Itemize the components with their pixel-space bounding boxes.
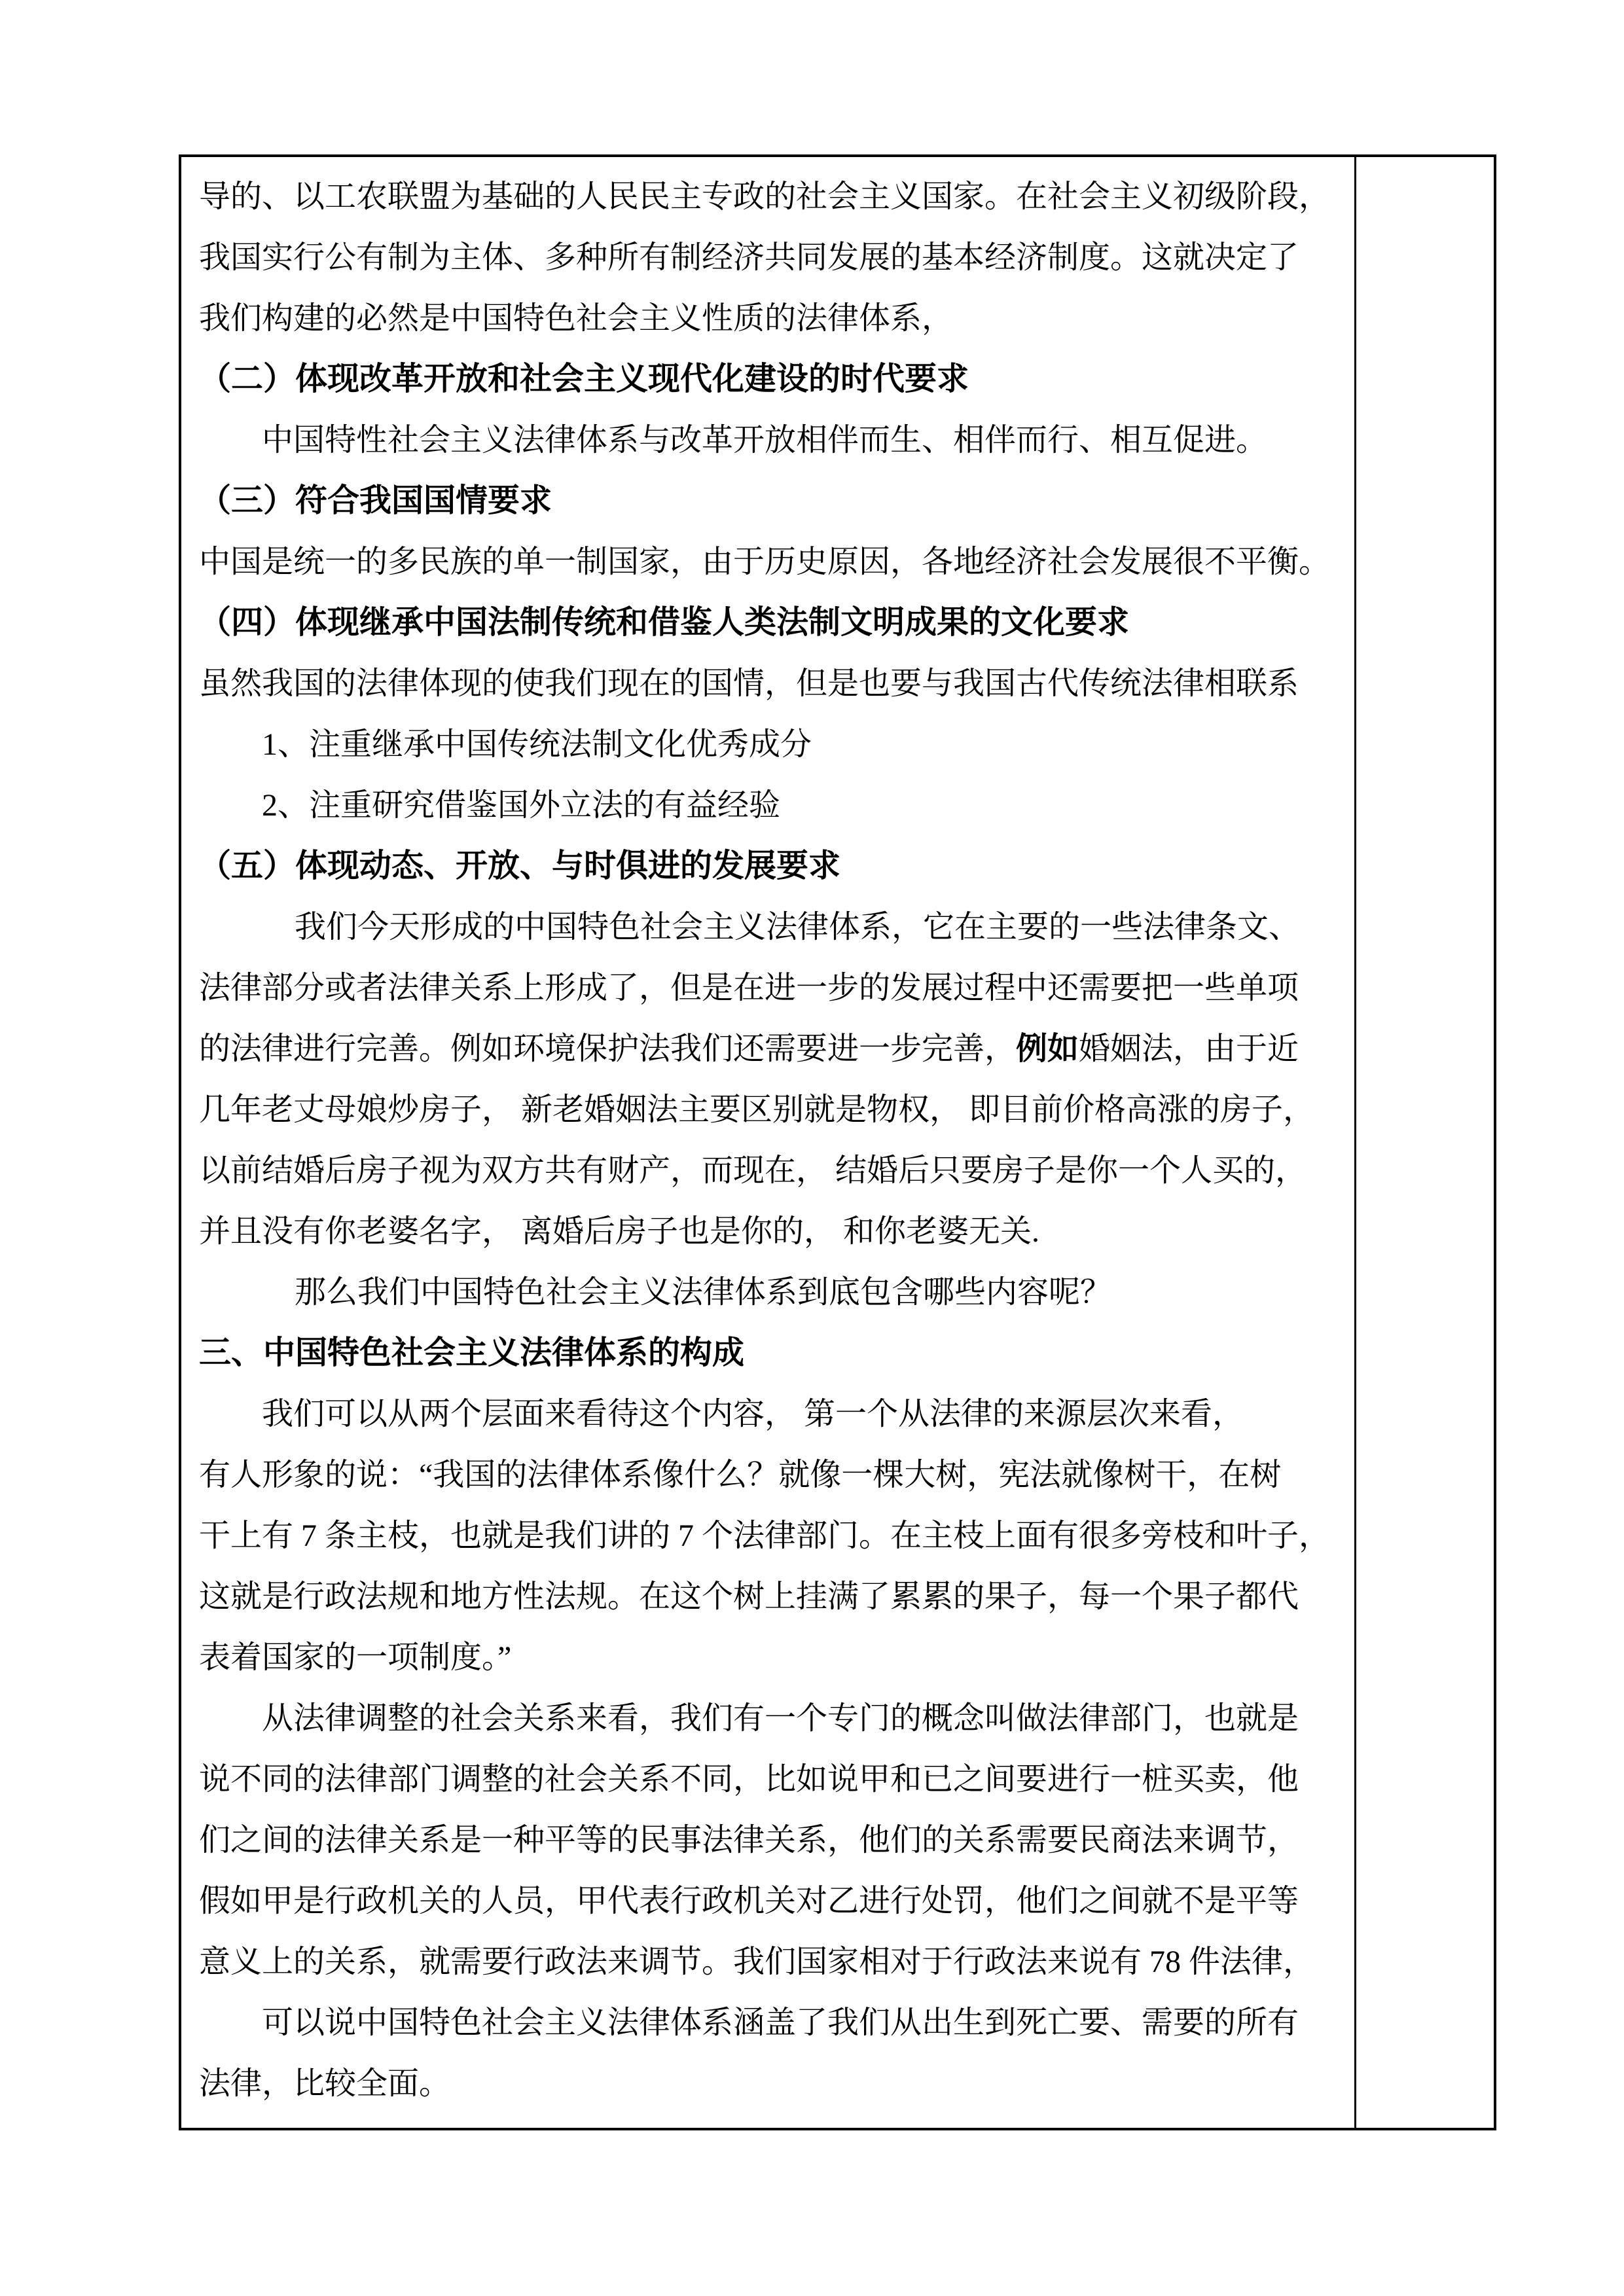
text-run: （五）体现动态、开放、与时俱进的发展要求 (199, 848, 840, 884)
text-line: 意义上的关系，就需要行政法来调节。我们国家相对于行政法来说有 78 件法律， (199, 1931, 1339, 1992)
text-run: （二）体现改革开放和社会主义现代化建设的时代要求 (199, 361, 969, 397)
text-run: 我们可以从两个层面来看待这个内容， 第一个从法律的来源层次来看， (262, 1397, 1244, 1431)
text-line: 几年老丈母娘炒房子， 新老婚姻法主要区别就是物权， 即目前价格高涨的房子， (199, 1079, 1339, 1140)
text-run: 几年老丈母娘炒房子， 新老婚姻法主要区别就是物权， 即目前价格高涨的房子， (199, 1092, 1314, 1127)
text-run: 那么我们中国特色社会主义法律体系到底包含哪些内容呢？ (295, 1275, 1111, 1310)
text-run: 2、注重研究借鉴国外立法的有益经验 (262, 788, 780, 823)
text-run: 有人形象的说：“我国的法律体系像什么？就像一棵大树，宪法就像树干，在树 (199, 1458, 1281, 1492)
text-run: 我们今天形成的中国特色社会主义法律体系，它在主要的一些法律条文、 (295, 910, 1300, 944)
text-run: 我国实行公有制为主体、多种所有制经济共同发展的基本经济制度。这就决定了 (199, 240, 1299, 275)
text-run: 说不同的法律部门调整的社会关系不同，比如说甲和已之间要进行一桩买卖，他 (199, 1762, 1299, 1797)
text-line: 我们今天形成的中国特色社会主义法律体系，它在主要的一些法律条文、 (199, 897, 1339, 958)
text-line: 法律部分或者法律关系上形成了，但是在进一步的发展过程中还需要把一些单项 (199, 958, 1339, 1018)
text-line: 们之间的法律关系是一种平等的民事法律关系，他们的关系需要民商法来调节， (199, 1810, 1339, 1871)
heading-line: （五）体现动态、开放、与时俱进的发展要求 (199, 836, 1339, 897)
text-line: 说不同的法律部门调整的社会关系不同，比如说甲和已之间要进行一桩买卖，他 (199, 1749, 1339, 1810)
text-run: 虽然我国的法律体现的使我们现在的国情，但是也要与我国古代传统法律相联系 (199, 666, 1299, 701)
text-line: 假如甲是行政机关的人员，甲代表行政机关对乙进行处罚，他们之间就不是平等 (199, 1871, 1339, 1931)
text-line: 那么我们中国特色社会主义法律体系到底包含哪些内容呢？ (199, 1262, 1339, 1323)
text-run: 这就是行政法规和地方性法规。在这个树上挂满了累累的果子，每一个果子都代 (199, 1579, 1299, 1614)
text-line: 这就是行政法规和地方性法规。在这个树上挂满了累累的果子，每一个果子都代 (199, 1566, 1339, 1627)
text-run: 导的、以工农联盟为基础的人民民主专政的社会主义国家。在社会主义初级阶段， (199, 179, 1330, 214)
text-line: 法律，比较全面。 (199, 2053, 1339, 2114)
text-line: 导的、以工农联盟为基础的人民民主专政的社会主义国家。在社会主义初级阶段， (199, 166, 1339, 227)
text-run: 们之间的法律关系是一种平等的民事法律关系，他们的关系需要民商法来调节， (199, 1823, 1299, 1857)
text-line: 有人形象的说：“我国的法律体系像什么？就像一棵大树，宪法就像树干，在树 (199, 1444, 1339, 1505)
text-run: 中国是统一的多民族的单一制国家，由于历史原因，各地经济社会发展很不平衡。 (199, 545, 1330, 579)
text-run: 1、注重继承中国传统法制文化优秀成分 (262, 727, 812, 762)
text-run: 婚姻法，由于近 (1079, 1031, 1299, 1066)
text-line: 干上有 7 条主枝，也就是我们讲的 7 个法律部门。在主枝上面有很多旁枝和叶子， (199, 1505, 1339, 1566)
text-run: 法律部分或者法律关系上形成了，但是在进一步的发展过程中还需要把一些单项 (199, 971, 1299, 1005)
heading-line: （二）体现改革开放和社会主义现代化建设的时代要求 (199, 349, 1339, 410)
lesson-plan-table: 导的、以工农联盟为基础的人民民主专政的社会主义国家。在社会主义初级阶段，我国实行… (179, 154, 1496, 2130)
text-run: 并且没有你老婆名字， 离婚后房子也是你的， 和你老婆无关. (199, 1214, 1039, 1249)
text-line: 中国特性社会主义法律体系与改革开放相伴而生、相伴而行、相互促进。 (199, 410, 1339, 471)
text-run: （四）体现继承中国法制传统和借鉴人类法制文明成果的文化要求 (199, 605, 1129, 640)
text-line: 可以说中国特色社会主义法律体系涵盖了我们从出生到死亡要、需要的所有 (199, 1992, 1339, 2053)
text-run: 意义上的关系，就需要行政法来调节。我们国家相对于行政法来说有 78 件法律， (199, 1945, 1314, 1979)
text-line: 我们构建的必然是中国特色社会主义性质的法律体系， (199, 288, 1339, 349)
text-run: 的法律进行完善。例如环境保护法我们还需要进一步完善， (199, 1031, 1016, 1066)
bold-run: 例如 (1016, 1031, 1079, 1066)
text-line: 表着国家的一项制度。” (199, 1627, 1339, 1688)
text-line: 从法律调整的社会关系来看，我们有一个专门的概念叫做法律部门，也就是 (199, 1688, 1339, 1749)
text-line: 并且没有你老婆名字， 离婚后房子也是你的， 和你老婆无关. (199, 1201, 1339, 1262)
text-line: 2、注重研究借鉴国外立法的有益经验 (199, 775, 1339, 836)
text-line: 1、注重继承中国传统法制文化优秀成分 (199, 714, 1339, 775)
text-run: 表着国家的一项制度。” (199, 1640, 511, 1675)
text-line: 以前结婚后房子视为双方共有财产，而现在， 结婚后只要房子是你一个人买的， (199, 1140, 1339, 1201)
text-run: 我们构建的必然是中国特色社会主义性质的法律体系， (199, 301, 953, 336)
text-run: 中国特性社会主义法律体系与改革开放相伴而生、相伴而行、相互促进。 (262, 423, 1267, 457)
remarks-cell (1356, 157, 1494, 2128)
text-line: 我们可以从两个层面来看待这个内容， 第一个从法律的来源层次来看， (199, 1384, 1339, 1444)
text-run: 假如甲是行政机关的人员，甲代表行政机关对乙进行处罚，他们之间就不是平等 (199, 1884, 1299, 1918)
text-line: 的法律进行完善。例如环境保护法我们还需要进一步完善，例如婚姻法，由于近 (199, 1018, 1339, 1079)
text-run: 从法律调整的社会关系来看，我们有一个专门的概念叫做法律部门，也就是 (262, 1701, 1299, 1736)
document-page: 导的、以工农联盟为基础的人民民主专政的社会主义国家。在社会主义初级阶段，我国实行… (0, 0, 1624, 2296)
text-run: 干上有 7 条主枝，也就是我们讲的 7 个法律部门。在主枝上面有很多旁枝和叶子， (199, 1518, 1330, 1553)
text-line: 中国是统一的多民族的单一制国家，由于历史原因，各地经济社会发展很不平衡。 (199, 531, 1339, 592)
heading-line: （三）符合我国国情要求 (199, 471, 1339, 531)
content-cell: 导的、以工农联盟为基础的人民民主专政的社会主义国家。在社会主义初级阶段，我国实行… (181, 157, 1356, 2128)
text-run: 三、中国特色社会主义法律体系的构成 (199, 1335, 744, 1371)
text-line: 我国实行公有制为主体、多种所有制经济共同发展的基本经济制度。这就决定了 (199, 227, 1339, 288)
text-line: 虽然我国的法律体现的使我们现在的国情，但是也要与我国古代传统法律相联系 (199, 653, 1339, 714)
text-run: （三）符合我国国情要求 (199, 483, 552, 518)
heading-line: （四）体现继承中国法制传统和借鉴人类法制文明成果的文化要求 (199, 592, 1339, 653)
text-run: 以前结婚后房子视为双方共有财产，而现在， 结婚后只要房子是你一个人买的， (199, 1153, 1307, 1188)
text-run: 可以说中国特色社会主义法律体系涵盖了我们从出生到死亡要、需要的所有 (262, 2005, 1299, 2040)
heading-line: 三、中国特色社会主义法律体系的构成 (199, 1323, 1339, 1384)
text-run: 法律，比较全面。 (199, 2066, 450, 2101)
